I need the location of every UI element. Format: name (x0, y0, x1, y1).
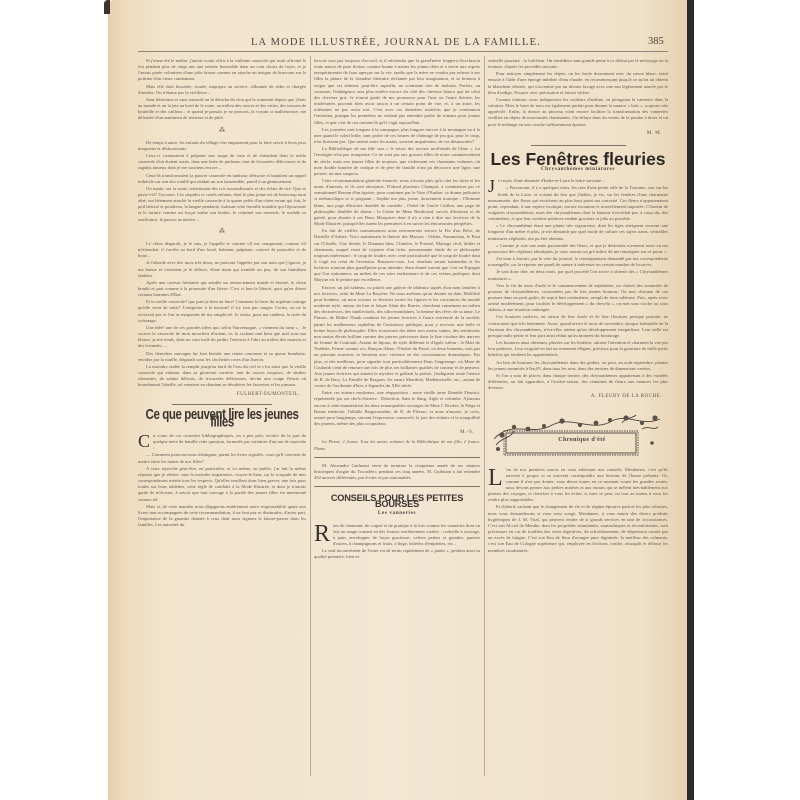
article-signature: A. FLEURY DE LA ROCHE. (488, 394, 662, 400)
paragraph: lieu ne sont pas toujours d'accord, et i… (314, 58, 480, 126)
paragraph: Encore, un joli tableau, ou plutôt une g… (314, 285, 480, 390)
paragraph: — Comment pouvons-nous distinguer, parmi… (138, 452, 306, 464)
news-paragraph: M. Alexandre Guilmant vient de terminer … (314, 463, 480, 481)
story-part-2: De temps à autre, les enfants du village… (138, 140, 306, 223)
paragraph: Comme teinture, nous indiquerons les cou… (488, 97, 668, 128)
paragraph: Les journées sont longues à la campagne,… (314, 127, 480, 145)
paragraph: La Bibliothèque de ma fille sera « le tr… (314, 146, 480, 177)
paragraph: Sans hésitation et sans remords on la dé… (138, 97, 306, 122)
floral-vignette-icon (492, 409, 664, 459)
paragraph: En fait de vieilles connaissances nous r… (314, 228, 480, 283)
paragraph: Si l'on a soin de placer, dans chaque te… (488, 373, 668, 391)
paragraph: sentielle pourtant : la fraîcheur. On re… (488, 58, 668, 70)
conseils-subheading: Les vanneries (314, 510, 480, 516)
paragraph: Le seul inconvénient de l'osier est de t… (314, 548, 480, 560)
running-title: LA MODE ILLUSTRÉE, JOURNAL DE LA FAMILLE… (126, 37, 666, 48)
header-rule (138, 51, 668, 52)
asterism-divider: ⁂ (138, 128, 306, 134)
drop-cap: C (138, 434, 150, 449)
paragraph: « Comme je suis une amie passionnée des … (488, 243, 668, 255)
paragraph: La moindre ondée la remplit jusqu'au bor… (138, 364, 306, 389)
column-3: sentielle pourtant : la fraîcheur. On re… (488, 58, 668, 778)
review-signature: M.-S. (314, 430, 474, 436)
paragraph: J'ai tenu à fournir, par la voie du jour… (488, 256, 668, 268)
paragraph: Des fleurettes sauvages lui font bientôt… (138, 351, 306, 363)
paragraph: Je l'aborde avec des mots très doux, ne … (138, 260, 306, 278)
paragraph: A ceux reproche peut-être, en particulie… (138, 466, 306, 503)
section-heading: Ce que peuvent lire les jeunes filles (138, 411, 306, 426)
paragraph: Ces boutures tardives, en raison de leur… (488, 314, 668, 339)
drop-cap: L (488, 468, 503, 488)
asterism-divider: ⁂ (138, 229, 306, 235)
section-separator (314, 486, 480, 487)
paragraph: L'un de nos premiers soucis en vous adre… (488, 467, 668, 504)
article-heading: Les Fenêtres fleuries (488, 156, 668, 162)
column-divider (484, 56, 485, 776)
paragraph: Vers la fin du mois d'août et le commenc… (488, 283, 668, 314)
paragraph: « Le chrysanthème étant une plante très … (488, 223, 668, 241)
paragraph: Entre ces auteurs modernes, une réappari… (314, 390, 480, 427)
paragraph: Mais elle était bossetée, trouée, improp… (138, 84, 306, 96)
conseils-signature: M. M. (488, 131, 662, 137)
paragraph: Cette recommandation générale énoncée, n… (314, 178, 480, 227)
paragraph: Un matin, sur la route, retentissent des… (138, 186, 306, 223)
section-body: Cu cours de ces causeries bibliographiqu… (138, 433, 306, 528)
paragraph: Je reçois d'une abonnée d'Indre-et-Loire… (488, 178, 668, 184)
paragraph: Le chien disparaît, je le suis, je l'app… (138, 241, 306, 259)
paragraph: Après une caresse hésitante qui semble u… (138, 280, 306, 298)
publisher-note: La Plume, 2 francs. Tous les autres volu… (314, 439, 480, 451)
paragraph: Je vais donc dire, en deux mots, par que… (488, 269, 668, 281)
drop-cap: J (488, 179, 495, 194)
paragraph: Une idée! une de ces grandes idées qui, … (138, 325, 306, 350)
paragraph: Cu cours de ces causeries bibliographiqu… (138, 433, 306, 451)
section-separator (314, 457, 480, 458)
chronicle-banner: Chronique d'été (492, 409, 664, 459)
paragraph: Si j'eusse été le maître, j'aurais voulu… (138, 58, 306, 83)
paragraph: De temps à autre, les enfants du village… (138, 140, 306, 152)
paragraph: Ceux-là transformaient la pauvre cassero… (138, 173, 306, 185)
paragraph: Et d'abord, sachant que le changement de… (488, 504, 668, 553)
paragraph: Rien de charmant, de coquet et de pratiq… (314, 523, 480, 548)
conseils-heading: CONSEILS POUR LES PETITES BOURSES (314, 495, 480, 507)
column-2: lieu ne sont pas toujours d'accord, et i… (314, 58, 480, 738)
paragraph: Au lieu de bouturer les chrysanthèmes da… (488, 360, 668, 372)
column-divider (310, 56, 311, 776)
story-part-3: Le chien disparaît, je le suis, je l'app… (138, 241, 306, 389)
column-1: Si j'eusse été le maître, j'aurais voulu… (138, 58, 306, 778)
paragraph: Et la vieille casserole? que puis-je bie… (138, 299, 306, 324)
paragraph: Ceux-ci s'amusaient à préparer une soupe… (138, 153, 306, 171)
paragraph: « Parcourant, il y a quelques mois, les … (488, 185, 668, 222)
chronicle-banner-title: Chronique d'été (532, 437, 632, 443)
page-number: 385 (648, 36, 664, 47)
section-separator (531, 145, 626, 146)
story-part-1: Si j'eusse été le maître, j'aurais voulu… (138, 58, 306, 122)
story-signature: FULBERT-DUMONTEIL. (138, 392, 300, 398)
section-separator (172, 404, 272, 405)
paragraph: Mais si, de cette manière nous dégageons… (138, 504, 306, 529)
paragraph: Les boutures ainsi obtenues, placées sur… (488, 340, 668, 358)
paragraph: Pour nettoyer simplement les objets, on … (488, 71, 668, 96)
drop-cap: R (314, 524, 330, 544)
